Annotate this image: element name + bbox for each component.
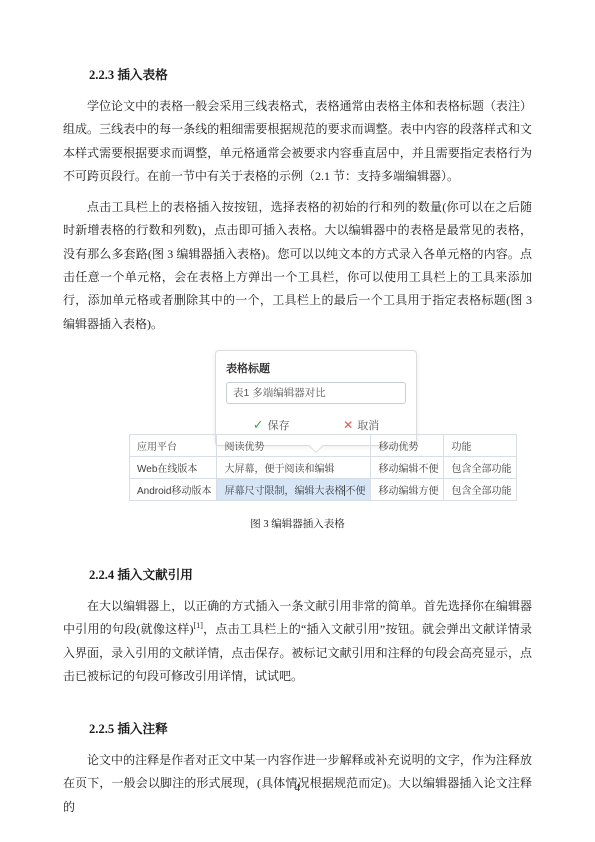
page-content: 2.2.3 插入表格 学位论文中的表格一般会采用三线表格式，表格通常由表格主体和… <box>63 64 532 819</box>
cancel-button-label: 取消 <box>357 417 379 433</box>
table-cell[interactable]: Android移动版本 <box>130 478 217 500</box>
table-cell-highlighted[interactable]: 屏幕尺寸限制，编辑大表格不便 <box>217 478 371 500</box>
section-heading-2-2-5: 2.2.5 插入注释 <box>63 718 532 741</box>
paragraph-citation: 在大以编辑器上，以正确的方式插入一条文献引用非常的简单。首先选择你在编辑器中引用… <box>63 595 532 688</box>
platform-comparison-table: 应用平台 阅读优势 移动优势 功能 Web在线版本 大屏幕，便于阅读和编辑 移动… <box>129 434 517 501</box>
citation-superscript: [1] <box>194 621 203 630</box>
document-page: 2.2.3 插入表格 学位论文中的表格一般会采用三线表格式，表格通常由表格主体和… <box>0 0 595 842</box>
table-cell[interactable]: 大屏幕，便于阅读和编辑 <box>217 456 371 478</box>
paragraph-tables-intro: 学位论文中的表格一般会采用三线表格式，表格通常由表格主体和表格标题（表注）组成。… <box>63 95 532 188</box>
highlighted-text-after: 不便 <box>345 486 365 497</box>
table-cell[interactable]: 包含全部功能 <box>444 456 517 478</box>
check-icon: ✓ <box>253 417 264 433</box>
table-cell[interactable]: 移动编辑不便 <box>371 456 444 478</box>
table-row-android: Android移动版本 屏幕尺寸限制，编辑大表格不便 移动编辑方便 包含全部功能 <box>130 478 517 500</box>
header-cell-platform: 应用平台 <box>130 434 217 456</box>
close-icon: ✕ <box>343 418 353 432</box>
cancel-button[interactable]: ✕ 取消 <box>343 417 379 433</box>
page-number: 4 <box>0 783 595 794</box>
table-title-popup: 表格标题 ✓ 保存 ✕ 取消 <box>215 350 417 446</box>
header-cell-function: 功能 <box>444 434 517 456</box>
table-cell[interactable]: Web在线版本 <box>130 456 217 478</box>
table-title-label: 表格标题 <box>226 360 406 376</box>
header-cell-reading: 阅读优势 <box>217 434 371 456</box>
table-cell[interactable]: 包含全部功能 <box>444 478 517 500</box>
popup-button-row: ✓ 保存 ✕ 取消 <box>226 417 406 433</box>
paragraph-tables-howto: 点击工具栏上的表格插入按按钮，选择表格的初始的行和列的数量(你可以在之后随时新增… <box>63 196 532 336</box>
table-title-input[interactable] <box>226 382 406 404</box>
figure-caption: 图 3 编辑器插入表格 <box>63 516 532 531</box>
table-row-web: Web在线版本 大屏幕，便于阅读和编辑 移动编辑不便 包含全部功能 <box>130 456 517 478</box>
header-cell-mobile: 移动优势 <box>371 434 444 456</box>
highlighted-text-before: 屏幕尺寸限制，编辑大表格 <box>224 486 344 497</box>
section-heading-2-2-4: 2.2.4 插入文献引用 <box>63 564 532 587</box>
table-header-row: 应用平台 阅读优势 移动优势 功能 <box>130 434 517 456</box>
save-button[interactable]: ✓ 保存 <box>253 417 290 433</box>
save-button-label: 保存 <box>268 417 290 433</box>
table-cell[interactable]: 移动编辑方便 <box>371 478 444 500</box>
section-heading-2-2-3: 2.2.3 插入表格 <box>63 64 532 87</box>
figure-editor-insert-table: 表格标题 ✓ 保存 ✕ 取消 <box>63 344 532 534</box>
